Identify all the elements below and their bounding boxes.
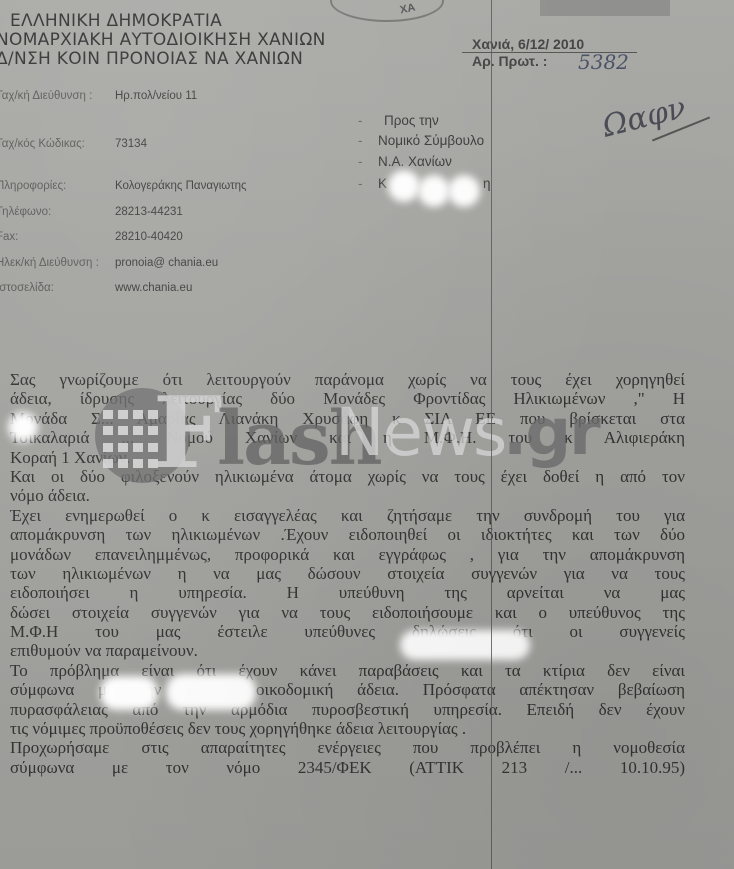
body-line: Έχει ενημερωθεί ο κ εισαγγελέας και ζητή… [10, 506, 685, 525]
info-value: Ηρ.πολ/νείου 11 [115, 90, 197, 102]
info-label: Πληροφορίες: [0, 180, 66, 192]
body-line: Μονάδα Σ... Αμαρίας Λιανάκη Χρυσάφη κ ΣΙ… [10, 409, 685, 428]
body-line: επιθυμούν να παραμείνουν. [10, 641, 685, 660]
body-line: τις νόμιμες προϋποθέσεις δεν τους χορηγή… [10, 719, 685, 738]
info-value: Κολογεράκης Παναγιωτης [115, 180, 247, 192]
info-value: 28213-44231 [115, 206, 183, 218]
body-line: δώσει στοιχεία συγγενών για να τους ειδο… [10, 603, 685, 622]
document-date: Χανιά, 6/12/ 2010 [472, 36, 584, 52]
body-line: Προχωρήσαμε στις απαραίτητες ενέργειες π… [10, 738, 685, 757]
redaction-blur [8, 412, 38, 442]
info-label: Fax: [0, 231, 18, 243]
info-value: www.chania.eu [115, 282, 192, 294]
info-label: Ταχ/κή Διεύθυνση : [0, 90, 92, 102]
redaction-blur [100, 676, 158, 710]
document-page: ΧΑ ΕΛΛΗΝΙΚΗ ΔΗΜΟΚΡΑΤΙΑ ΝΟΜΑΡΧΙΑΚΗ ΑΥΤΟΔΙ… [0, 0, 734, 869]
redaction-blur [400, 630, 530, 660]
fold-line [491, 0, 492, 869]
redaction-blur [388, 170, 420, 202]
info-label: Ηλεκ/κή Διεύθυνση : [0, 257, 99, 269]
body-line: σύμφωνα με τον νόμο 2345/ΦΕΚ (ΑΤΤΙΚ 213 … [10, 758, 685, 777]
redaction-blur [166, 674, 256, 710]
body-line: Μ.Φ.Η του μας έστειλε υπεύθυνες δηλώσεις… [10, 622, 685, 641]
official-stamp [330, 0, 444, 22]
info-label: Τηλέφωνο: [0, 206, 51, 218]
letterhead: ΕΛΛΗΝΙΚΗ ΔΗΜΟΚΡΑΤΙΑ ΝΟΜΑΡΧΙΑΚΗ ΑΥΤΟΔΙΟΙΚ… [0, 12, 326, 69]
letterhead-line-3: Δ/ΝΣΗ ΚΟΙΝ ΠΡΟΝΟΙΑΣ ΝΑ ΧΑΝΙΩΝ [0, 50, 326, 69]
body-line: Σας γνωρίζουμε ότι λειτουργούν παράνομα … [10, 370, 685, 389]
redaction-blur [418, 175, 450, 207]
info-value: 28210-40420 [115, 231, 183, 243]
body-line: Κοραή 1 Χανίων. [10, 448, 685, 467]
body-line: Και οι δύο φιλοξενούν ηλικιωμένα άτομα χ… [10, 467, 685, 486]
letter-body: Σας γνωρίζουμε ότι λειτουργούν παράνομα … [10, 370, 685, 777]
handwritten-signature: Ωαφν [599, 90, 689, 144]
info-value: 73134 [115, 138, 147, 150]
info-label: Ιστοσελίδα: [0, 282, 54, 294]
body-line: ειδοποιήσει η υπηρεσία. Η υπεύθυνη της α… [10, 583, 685, 602]
protocol-label: Αρ. Πρωτ. : [472, 53, 547, 69]
letterhead-line-1: ΕΛΛΗΝΙΚΗ ΔΗΜΟΚΡΑΤΙΑ [0, 12, 326, 31]
info-label: Ταχ/κός Κώδικας: [0, 138, 85, 150]
info-value: pronoia@ chania.eu [115, 257, 218, 269]
body-line: Τσικαλαριά ... Νομού Χανίων και η Μ.Φ.Η.… [10, 428, 685, 447]
body-line: μονάδων επανειλημμένως, προφορικά και εγ… [10, 545, 685, 564]
body-line: νόμο άδεια. [10, 486, 685, 505]
body-line: απομάκρυνση των ηλικιωμένων .Έχουν ειδοπ… [10, 525, 685, 544]
body-line: άδεια, ίδρυσης λειτουργίας δύο Μονάδες Φ… [10, 389, 685, 408]
header-stamp-mark [540, 0, 670, 16]
letterhead-line-2: ΝΟΜΑΡΧΙΑΚΗ ΑΥΤΟΔΙΟΙΚΗΣΗ ΧΑΝΙΩΝ [0, 31, 326, 50]
redaction-blur [448, 175, 480, 207]
protocol-number: 5382 [578, 50, 629, 74]
body-line: των ηλικιωμένων η να μας δώσουν στοιχεία… [10, 564, 685, 583]
